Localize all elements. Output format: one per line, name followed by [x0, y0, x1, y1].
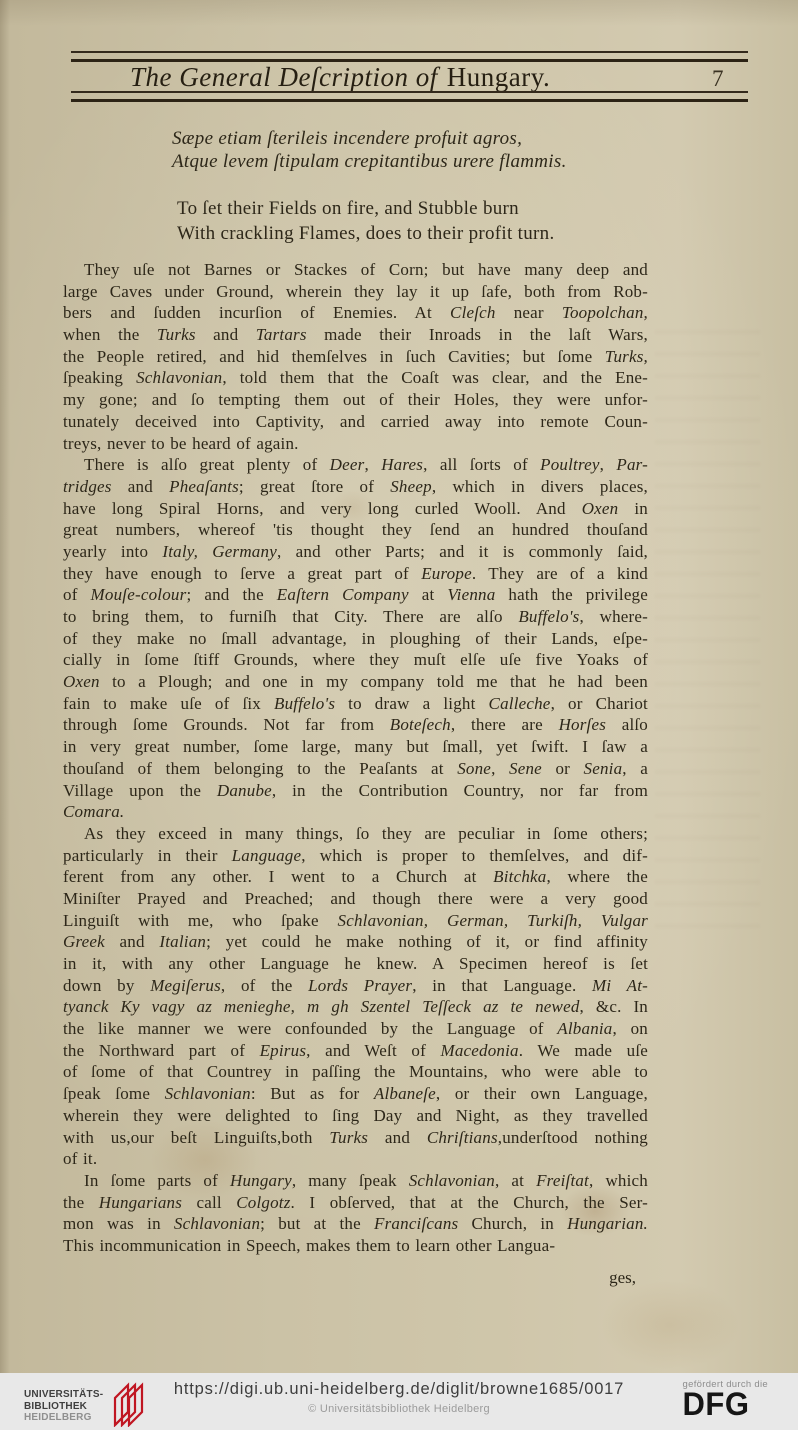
text-line: down by Megiſerus, of the Lords Prayer, …: [63, 975, 648, 997]
text-line: tyanck Ky vagy az menieghe, m gh Szentel…: [63, 996, 648, 1018]
text-line: when the Turks and Tartars made their In…: [63, 324, 648, 346]
text-line: There is alſo great plenty of Deer, Hare…: [63, 454, 648, 476]
text-line: the Northward part of Epirus, and Weſt o…: [63, 1040, 648, 1062]
verse-line: To ſet their Fields on fire, and Stubble…: [177, 196, 555, 221]
text-line: in very great number, ſome large, many b…: [63, 736, 648, 758]
text-line: Village upon the Danube, in the Contribu…: [63, 780, 648, 802]
text-line: thouſand of them belonging to the Peaſan…: [63, 758, 648, 780]
header-bottom-rule: [71, 91, 748, 102]
scanned-page: The General Deſcription ofHungary. 7 Sæp…: [0, 0, 798, 1430]
verse-line: Atque levem ſtipulam crepitantibus urere…: [172, 150, 567, 173]
paper-stain: [600, 1280, 740, 1370]
text-line: the People retired, and hid themſelves i…: [63, 346, 648, 368]
verse-translation: To ſet their Fields on fire, and Stubble…: [177, 196, 555, 246]
page-number: 7: [712, 66, 724, 92]
text-line: the Hungarians call Colgotz. I obſerved,…: [63, 1192, 648, 1214]
text-line: of Mouſe-colour; and the Eaſtern Company…: [63, 584, 648, 606]
body-text: They uſe not Barnes or Stackes of Corn; …: [63, 259, 648, 1257]
dfg-brand: gefördert durch die DFG: [683, 1379, 768, 1419]
footer-url: https://digi.ub.uni-heidelberg.de/diglit…: [0, 1380, 798, 1399]
dfg-logo: DFG: [683, 1389, 768, 1420]
text-line: mon was in Schlavonian; but at the Franc…: [63, 1213, 648, 1235]
text-line: Oxen to a Plough; and one in my company …: [63, 671, 648, 693]
text-line: tunately deceived into Captivity, and ca…: [63, 411, 648, 433]
text-line: Linguiſt with me, who ſpake Schlavonian,…: [63, 910, 648, 932]
text-line: yearly into Italy, Germany, and other Pa…: [63, 541, 648, 563]
text-line: with us,our beſt Linguiſts,both Turks an…: [63, 1127, 648, 1149]
verse-line: With crackling Flames, does to their pro…: [177, 221, 555, 246]
page-title-roman: Hungary.: [447, 62, 550, 92]
footer-center: https://digi.ub.uni-heidelberg.de/diglit…: [0, 1380, 798, 1415]
text-line: particularly in their Language, which is…: [63, 845, 648, 867]
text-line: bers and ſudden incurſion of Enemies. At…: [63, 302, 648, 324]
text-line: the like manner we were confounded by th…: [63, 1018, 648, 1040]
text-line: Greek and Italian; yet could he make not…: [63, 931, 648, 953]
text-line: wherein they were delighted to ſing Day …: [63, 1105, 648, 1127]
text-line: great numbers, whereof 'tis thought they…: [63, 519, 648, 541]
text-line: to bring them, to furniſh that City. The…: [63, 606, 648, 628]
text-line: As they exceed in many things, ſo they a…: [63, 823, 648, 845]
viewer-footer: UNIVERSITÄTS- BIBLIOTHEK HEIDELBERG http…: [0, 1373, 798, 1430]
text-line: through ſome Grounds. Not far from Boteſ…: [63, 714, 648, 736]
text-line: they have enough to ſerve a great part o…: [63, 563, 648, 585]
text-line: fain to make uſe of ſix Buffelo's to dra…: [63, 693, 648, 715]
text-line: ſpeak ſome Schlavonian: But as for Alban…: [63, 1083, 648, 1105]
page-title-italic: The General Deſcription of: [130, 62, 438, 92]
text-line: ſpeaking Schlavonian, told them that the…: [63, 367, 648, 389]
verse-line: Sæpe etiam ſterileis incendere profuit a…: [172, 127, 567, 150]
page-showthrough: [655, 330, 760, 930]
text-line: They uſe not Barnes or Stackes of Corn; …: [63, 259, 648, 281]
latin-quote: Sæpe etiam ſterileis incendere profuit a…: [172, 127, 567, 173]
footer-copyright: © Universitätsbibliothek Heidelberg: [0, 1403, 798, 1415]
catchword: ges,: [63, 1267, 648, 1289]
text-line: cially in ſome ſtiff Grounds, where they…: [63, 649, 648, 671]
text-line: ferent from any other. I went to a Churc…: [63, 866, 648, 888]
page-title: The General Deſcription ofHungary.: [130, 62, 550, 92]
text-line: my gone; and ſo tempting them out of the…: [63, 389, 648, 411]
header-top-rule: [71, 51, 748, 62]
text-line: tridges and Pheaſants; great ſtore of Sh…: [63, 476, 648, 498]
catchword-row: ges,: [63, 1256, 648, 1289]
text-line: of it.: [63, 1148, 648, 1170]
text-line: Miniſter Prayed and Preached; and though…: [63, 888, 648, 910]
text-line: of ſome of that Countrey in paſſing the …: [63, 1061, 648, 1083]
text-line: Comara.: [63, 801, 648, 823]
text-line: treys, never to be heard of again.: [63, 433, 648, 455]
text-line: of they make no ſmall advantage, in plou…: [63, 628, 648, 650]
text-line: In ſome parts of Hungary, many ſpeak Sch…: [63, 1170, 648, 1192]
text-line: have long Spiral Horns, and very long cu…: [63, 498, 648, 520]
text-line: in it, with any other Language he knew. …: [63, 953, 648, 975]
text-line: large Caves under Ground, wherein they l…: [63, 281, 648, 303]
text-line: This incommunication in Speech, makes th…: [63, 1235, 648, 1257]
